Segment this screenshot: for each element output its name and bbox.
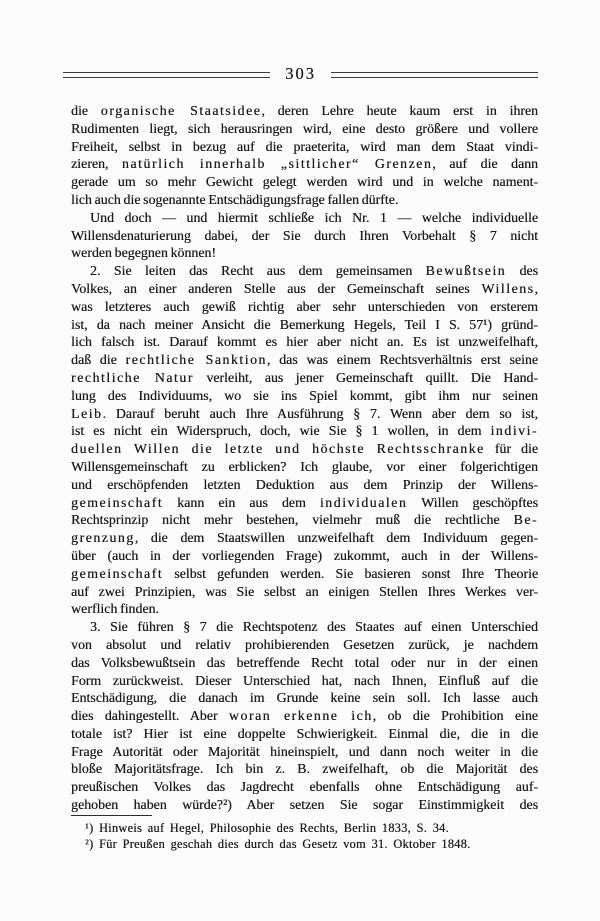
text-line: Willensdenaturierung dabei, der Sie durc… [71,228,538,246]
footnote-separator [71,815,152,816]
text-line: bloße Majoritätsfrage. Ich bin z. B. zwe… [71,761,538,779]
emphasized-text-run: rechtliche Natur [71,371,194,386]
text-run: Rechtsprinzip nicht mehr bestehen, vielm… [71,513,513,528]
text-line: werflich finden. [71,601,538,619]
text-line: 2. Sie leiten das Recht aus dem gemeinsa… [71,263,538,281]
text-line: Willensgemeinschaft zu erblicken? Ich gl… [71,459,538,477]
text-line: von absolut und relativ prohibierenden G… [71,637,538,655]
emphasized-text-run: grenzung [71,531,135,546]
text-run: selbst gefunden werden. Sie basieren son… [163,567,538,582]
text-run: lung des Individuums, wo sie ins Spiel k… [71,389,538,404]
text-run: , das was einem Rechtsverhältnis erst se… [267,353,538,368]
text-line: Volkes, an einer anderen Stelle aus der … [71,281,538,299]
text-line: 3. Sie führen § 7 die Rechtspotenz des S… [71,619,538,637]
text-run: totale ist? Hier ist eine doppelte Schwi… [71,727,538,742]
text-line: duellen Willen die letzte und höchste Re… [71,441,538,459]
page-header: 303 [63,67,538,84]
text-line: Leib. Darauf beruht auch Ihre Ausführung… [71,406,538,424]
text-line: rechtliche Natur verleiht, aus jener Gem… [71,370,538,388]
text-run: verleiht, aus jener Gemeinschaft quillt.… [194,371,538,386]
text-run: lich falsch ist. Darauf kommt es hier ab… [71,335,538,350]
text-run: auf zwei Prinzipien, was Sie selbst an e… [71,585,538,600]
emphasized-text-run: Willens [481,282,534,297]
text-run: preußischen Volkes das Jagdrecht ebenfal… [71,780,538,795]
text-line: zieren, natürlich innerhalb „sittlicher“… [71,156,538,174]
text-run: Willensgemeinschaft zu erblicken? Ich gl… [71,460,538,475]
text-run: Freiheit, selbst in bezug auf die praete… [71,140,538,155]
text-line: daß die rechtliche Sanktion, das was ein… [71,352,538,370]
text-line: die organische Staatsidee, deren Lehre h… [71,103,538,121]
text-run: ist es nicht ein Widerspruch, doch, wie … [71,424,490,439]
text-run: , deren Lehre heute kaum erst in ihren [261,104,538,119]
text-run: lich auch die sogenannte Entschädigungsf… [71,193,398,208]
text-run: Entschädigung, die danach im Grunde kein… [71,691,538,706]
text-run: , auf die dann [432,157,538,172]
text-run: , [535,282,538,297]
text-run: , ob die Prohibition eine [373,709,538,724]
text-run: 3. Sie führen § 7 die Rechtspotenz des S… [90,620,538,635]
text-line: gerade um so mehr Gewicht gelegt werden … [71,174,538,192]
text-run: , die dem Staatswillen unzweifelhaft dem… [135,531,538,546]
emphasized-text-run: individualen [320,496,407,511]
text-run: was letzteres auch gewiß richtig aber se… [71,300,538,315]
header-rule-left [63,72,270,78]
text-line: und erschöpfenden letzten Deduktion aus … [71,477,538,495]
text-run: gerade um so mehr Gewicht gelegt werden … [71,175,538,190]
text-line: Frage Autorität oder Majorität hineinspi… [71,744,538,762]
text-line: totale ist? Hier ist eine doppelte Schwi… [71,726,538,744]
page-number: 303 [285,66,316,83]
emphasized-text-run: gemeinschaft [71,567,163,582]
text-line: grenzung, die dem Staatswillen unzweifel… [71,530,538,548]
footnote: ²) Für Preußen geschah dies durch das Ge… [71,837,538,853]
text-run: . Darauf beruht auch Ihre Ausführung § 7… [102,407,538,422]
text-run: Frage Autorität oder Majorität hineinspi… [71,745,538,760]
text-run: für die [485,442,538,457]
text-run: Willen geschöpftes [407,496,538,511]
text-run: 2. Sie leiten das Recht aus dem gemeinsa… [90,264,426,279]
text-run: von absolut und relativ prohibierenden G… [71,638,538,653]
emphasized-text-run: woran erkenne ich [229,709,373,724]
text-line: Freiheit, selbst in bezug auf die praete… [71,139,538,157]
emphasized-text-run: rechtliche Sanktion [126,353,267,368]
text-run: und erschöpfenden letzten Deduktion aus … [71,478,538,493]
text-run: daß die [71,353,126,368]
text-block: die organische Staatsidee, deren Lehre h… [71,103,538,815]
text-run: kann ein aus dem [163,496,320,511]
text-line: ist es nicht ein Widerspruch, doch, wie … [71,423,538,441]
text-run: dies dahingestellt. Aber [71,709,229,724]
text-run: über (auch in der vorliegenden Frage) zu… [71,549,538,564]
text-run: gehoben haben würde?²) Aber setzen Sie s… [71,798,538,813]
scanned-book-page: 303 die organische Staatsidee, deren Leh… [0,0,600,921]
footnote-block: ¹) Hinweis auf Hegel, Philosophie des Re… [71,815,538,853]
text-line: gemeinschaft kann ein aus dem individual… [71,495,538,513]
text-line: lich auch die sogenannte Entschädigungsf… [71,192,538,210]
text-run: Willensdenaturierung dabei, der Sie durc… [71,229,538,244]
text-run: zieren, [71,157,122,172]
text-run: das Volksbewußtsein das betreffende Rech… [71,656,538,671]
text-line: auf zwei Prinzipien, was Sie selbst an e… [71,584,538,602]
emphasized-text-run: duellen Willen die letzte und höchste Re… [71,442,485,457]
text-line: was letzteres auch gewiß richtig aber se… [71,299,538,317]
emphasized-text-run: natürlich innerhalb „sittlicher“ Grenzen [122,157,432,172]
emphasized-text-run: indivi- [490,424,538,439]
text-line: gehoben haben würde?²) Aber setzen Sie s… [71,797,538,815]
emphasized-text-run: Be- [513,513,538,528]
text-line: Rechtsprinzip nicht mehr bestehen, vielm… [71,512,538,530]
text-run: die [71,104,101,119]
text-run: Volkes, an einer anderen Stelle aus der … [71,282,481,297]
emphasized-text-run: gemeinschaft [71,496,163,511]
emphasized-text-run: organische Staatsidee [101,104,262,119]
text-line: preußischen Volkes das Jagdrecht ebenfal… [71,779,538,797]
text-line: das Volksbewußtsein das betreffende Rech… [71,655,538,673]
text-line: werden begegnen können! [71,245,538,263]
text-run: werflich finden. [71,602,159,617]
text-line: Form zurückweist. Dieser Unterschied hat… [71,673,538,691]
text-line: dies dahingestellt. Aber woran erkenne i… [71,708,538,726]
text-run: Rudimenten liegt, sich herausringen wird… [71,122,538,137]
text-run: Und doch — und hiermit schließe ich Nr. … [90,211,538,226]
text-line: lung des Individuums, wo sie ins Spiel k… [71,388,538,406]
header-rule-right [331,72,538,78]
text-line: ist, da nach meiner Ansicht die Bemerkun… [71,317,538,335]
emphasized-text-run: Leib [71,407,102,422]
text-run: ist, da nach meiner Ansicht die Bemerkun… [71,318,538,333]
text-line: Rudimenten liegt, sich herausringen wird… [71,121,538,139]
text-run: werden begegnen können! [71,246,216,261]
footnote: ¹) Hinweis auf Hegel, Philosophie des Re… [71,821,538,837]
text-run: bloße Majoritätsfrage. Ich bin z. B. zwe… [71,762,538,777]
text-run: des [506,264,538,279]
text-line: gemeinschaft selbst gefunden werden. Sie… [71,566,538,584]
footnotes-list: ¹) Hinweis auf Hegel, Philosophie des Re… [71,821,538,853]
text-line: Entschädigung, die danach im Grunde kein… [71,690,538,708]
text-line: lich falsch ist. Darauf kommt es hier ab… [71,334,538,352]
text-run: Form zurückweist. Dieser Unterschied hat… [71,674,538,689]
emphasized-text-run: Bewußtsein [426,264,507,279]
text-line: Und doch — und hiermit schließe ich Nr. … [71,210,538,228]
text-line: über (auch in der vorliegenden Frage) zu… [71,548,538,566]
